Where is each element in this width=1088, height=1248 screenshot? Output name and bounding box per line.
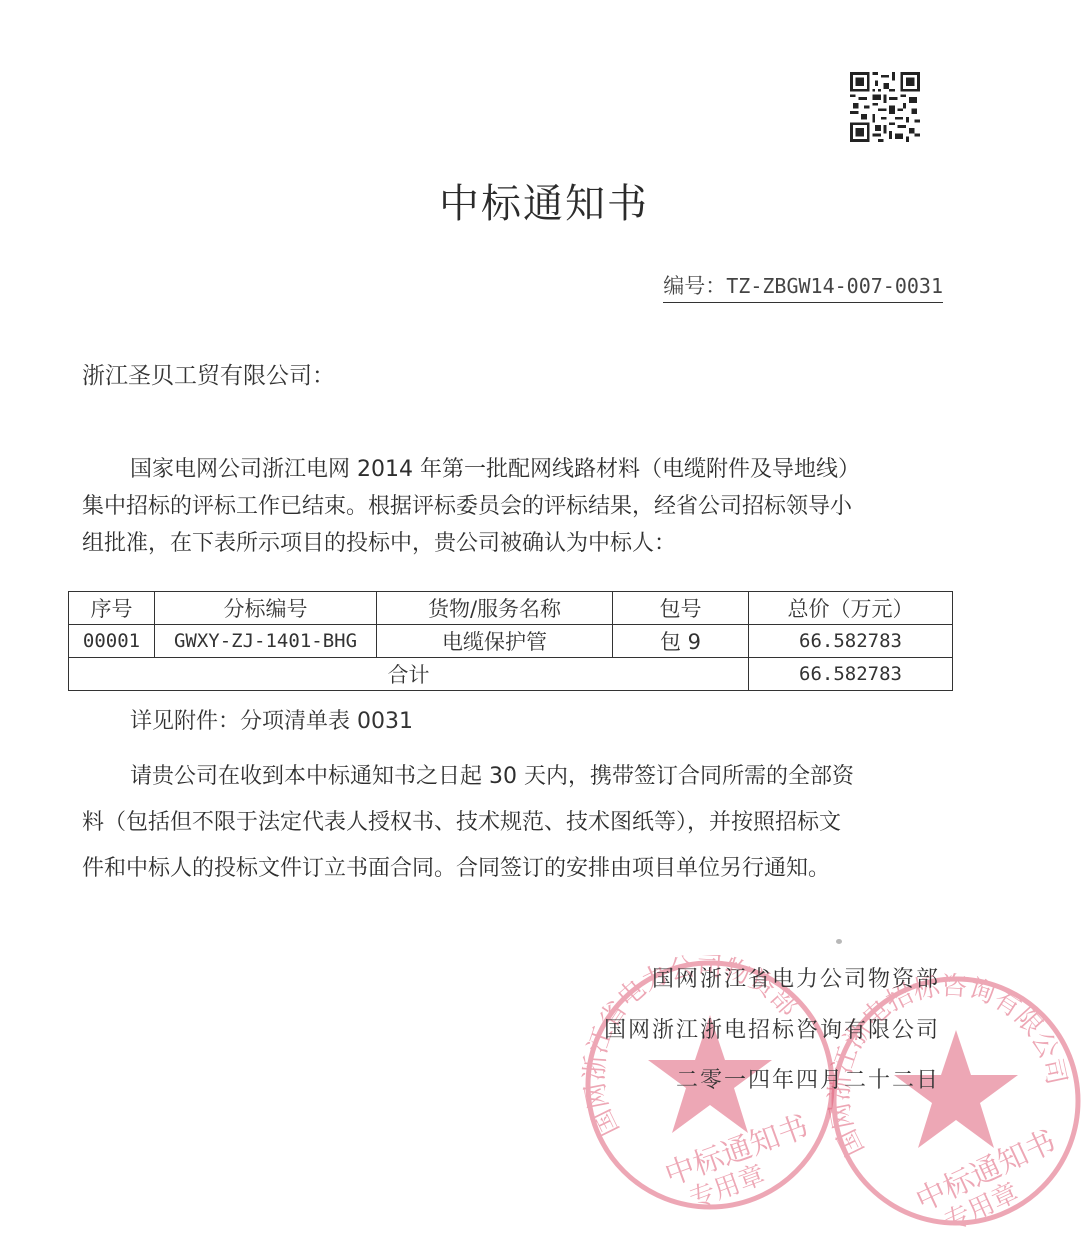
document-number-label: 编号： [663,274,726,298]
header-package: 包号 [613,592,749,625]
recipient: 浙江圣贝工贸有限公司： [82,357,335,390]
paragraph-line: 请贵公司在收到本中标通知书之日起 30 天内，携带签订合同所需的全部资 [82,753,942,799]
page-title: 中标通知书 [0,172,1088,229]
notice-paragraph: 国家电网公司浙江电网 2014 年第一批配网线路材料（电缆附件及导地线） 集中招… [82,451,942,562]
qr-code-icon [850,72,920,142]
total-label: 合计 [69,658,749,691]
table-total-row: 合计 66.582783 [69,658,953,691]
document-number: 编号：TZ-ZBGW14-007-0031 [663,270,943,303]
attachment-note: 详见附件：分项清单表 0031 [130,704,413,735]
contract-paragraph: 请贵公司在收到本中标通知书之日起 30 天内，携带签订合同所需的全部资 料（包括… [82,753,942,891]
cell-total-price: 66.582783 [749,625,953,658]
signature-agency: 国网浙江浙电招标咨询有限公司 [604,1013,940,1044]
cell-package: 包 9 [613,625,749,658]
paragraph-line: 集中招标的评标工作已结束。根据评标委员会的评标结果，经省公司招标领导小 [82,488,942,525]
header-total-price: 总价（万元） [749,592,953,625]
header-serial: 序号 [69,592,155,625]
signature-date: 二零一四年四月二十二日 [676,1063,940,1094]
header-goods-name: 货物/服务名称 [377,592,613,625]
paragraph-line: 国家电网公司浙江电网 2014 年第一批配网线路材料（电缆附件及导地线） [82,451,942,488]
paragraph-line: 件和中标人的投标文件订立书面合同。合同签订的安排由项目单位另行通知。 [82,845,942,891]
total-value: 66.582783 [749,658,953,691]
official-seal-stamp: 国网浙江浙电招标咨询有限公司 中标通知书 专用章 [825,970,1087,1232]
award-table: 序号 分标编号 货物/服务名称 包号 总价（万元） 00001 GWXY-ZJ-… [68,591,953,691]
paragraph-line: 组批准，在下表所示项目的投标中，贵公司被确认为中标人： [82,525,942,562]
cell-lot-code: GWXY-ZJ-1401-BHG [155,625,377,658]
signature-department: 国网浙江省电力公司物资部 [652,962,940,993]
cell-serial: 00001 [69,625,155,658]
table-header-row: 序号 分标编号 货物/服务名称 包号 总价（万元） [69,592,953,625]
header-lot-code: 分标编号 [155,592,377,625]
cell-goods-name: 电缆保护管 [377,625,613,658]
paragraph-line: 料（包括但不限于法定代表人授权书、技术规范、技术图纸等），并按照招标文 [82,799,942,845]
scan-speck [836,939,842,944]
table-row: 00001 GWXY-ZJ-1401-BHG 电缆保护管 包 9 66.5827… [69,625,953,658]
document-number-value: TZ-ZBGW14-007-0031 [726,274,943,298]
